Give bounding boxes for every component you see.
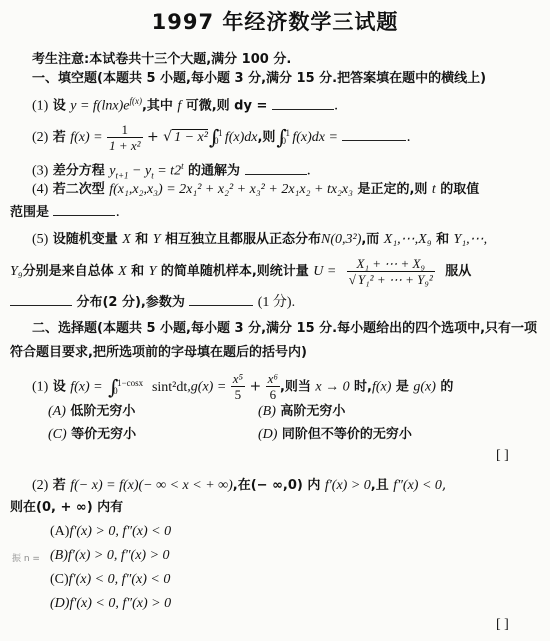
fill-question-5: (5) 设随机变量 X 和 Y 相互独立且都服从正态分布N(0,3²),而 X₁… xyxy=(32,230,487,249)
page-title: 1997 年经济数学三试题 xyxy=(0,6,550,36)
exam-page: 1997 年经济数学三试题 考生注意:本试卷共十三个大题,满分 100 分. 一… xyxy=(0,0,550,641)
answer-blank[interactable] xyxy=(245,162,307,175)
option-d[interactable]: (D) 同阶但不等价的无穷小 xyxy=(258,425,412,444)
answer-blank[interactable] xyxy=(342,128,406,141)
option-d[interactable]: (D)f′(x) < 0, f″(x) > 0 xyxy=(50,595,171,613)
exam-notice: 考生注意:本试卷共十三个大题,满分 100 分. xyxy=(32,51,291,69)
fraction: x⁶6 xyxy=(266,371,280,402)
fraction: x⁵5 xyxy=(231,371,245,402)
fraction: 11 + x² xyxy=(107,122,142,153)
fill-question-4-cont: 范围是 . xyxy=(10,203,120,222)
fill-question-5-cont2: 分布(2 分),参数为 (1 分). xyxy=(10,293,295,312)
option-c[interactable]: (C) 等价无穷小 xyxy=(48,425,136,444)
option-a[interactable]: (A) 低阶无穷小 xyxy=(48,402,135,421)
integral-sign: ∫10 xyxy=(209,120,219,154)
fill-question-2: (2) 若 f(x) = 11 + x² + √1 − x²∫10 f(x)dx… xyxy=(32,120,411,155)
integral-sign: ∫10 xyxy=(276,120,286,154)
choice-question-1: (1) 设 f(x) = ∫1−cosx0 sint²dt,g(x) = x⁵5… xyxy=(32,371,453,403)
margin-note: 振 n = xyxy=(12,551,40,564)
option-b[interactable]: (B)f′(x) > 0, f″(x) > 0 xyxy=(50,547,170,565)
section1-heading: 一、填空题(本题共 5 小题,每小题 3 分,满分 15 分.把答案填在题中的横… xyxy=(32,70,486,88)
fill-question-4: (4) 若二次型 f(x₁,x₂,x₃) = 2x₁² + x₂² + x₃² … xyxy=(32,180,479,199)
option-b[interactable]: (B) 高阶无穷小 xyxy=(258,402,345,421)
answer-blank[interactable] xyxy=(10,293,72,306)
integral-sign: ∫1−cosx0 xyxy=(108,372,118,402)
answer-bracket[interactable]: [ ] xyxy=(496,448,509,464)
option-c[interactable]: (C)f′(x) < 0, f″(x) < 0 xyxy=(50,571,170,589)
answer-blank[interactable] xyxy=(272,97,334,110)
section2-heading-cont: 符合题目要求,把所选项前的字母填在题后的括号内) xyxy=(10,344,307,362)
option-a[interactable]: (A)f′(x) > 0, f″(x) < 0 xyxy=(50,523,171,541)
answer-blank[interactable] xyxy=(53,203,115,216)
answer-blank[interactable] xyxy=(189,293,253,306)
section2-heading: 二、选择题(本题共 5 小题,每小题 3 分,满分 15 分.每小题给出的四个选… xyxy=(32,320,537,338)
answer-bracket[interactable]: [ ] xyxy=(496,617,509,633)
fraction: X₁ + ⋯ + X₉√Y₁² + ⋯ + Y₉² xyxy=(347,256,435,287)
choice-question-2: (2) 若 f(− x) = f(x)(− ∞ < x < + ∞),在(− ∞… xyxy=(32,476,446,495)
choice-question-2-cont: 则在(0, + ∞) 内有 xyxy=(10,499,123,517)
fill-question-5-cont: Y₉分别是来自总体 X 和 Y 的简单随机样本,则统计量 U = X₁ + ⋯ … xyxy=(10,254,471,289)
fill-question-1: (1) 设 y = f(lnx)ef(x),其中 f 可微,则 dy = . xyxy=(32,92,338,116)
